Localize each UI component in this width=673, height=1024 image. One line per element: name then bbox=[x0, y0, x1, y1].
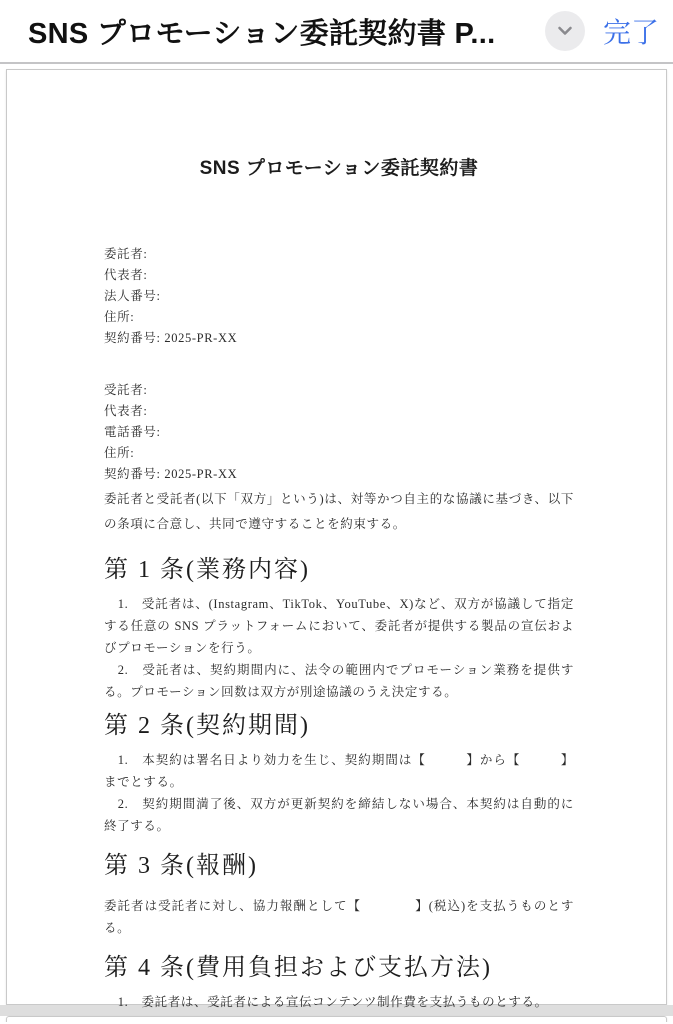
consignee-info-block: 受託者: 代表者: 電話番号: 住所: 契約番号: 2025-PR-XX bbox=[104, 380, 574, 485]
document-preview-screen: SNS プロモーション委託契約書 P... 完了 SNS プロモーション委託契約… bbox=[0, 0, 673, 1024]
document-title: SNS プロモーション委託契約書 bbox=[104, 156, 574, 182]
consignee-address-label: 住所: bbox=[104, 443, 574, 464]
consignee-contract-number: 契約番号: 2025-PR-XX bbox=[104, 464, 574, 485]
article-4-heading: 第 4 条(費用負担および支払方法) bbox=[104, 953, 574, 983]
collapse-button[interactable] bbox=[545, 11, 585, 51]
article-1-item-1: 1. 受託者は、(Instagram、TikTok、YouTube、X)など、双… bbox=[104, 593, 574, 659]
consignee-label: 受託者: bbox=[104, 380, 574, 401]
consignee-phone-label: 電話番号: bbox=[104, 422, 574, 443]
document-page: SNS プロモーション委託契約書 委託者: 代表者: 法人番号: 住所: 契約番… bbox=[6, 69, 667, 1005]
preamble-paragraph: 委託者と受託者(以下「双方」という)は、対等かつ自主的な協議に基づき、以下の条項… bbox=[104, 487, 574, 537]
article-4-item-1: 1. 委託者は、受託者による宣伝コンテンツ制作費を支払うものとする。 bbox=[104, 991, 574, 1013]
consignor-label: 委託者: bbox=[104, 244, 574, 265]
consignor-corporate-number-label: 法人番号: bbox=[104, 286, 574, 307]
document-scroll-area[interactable]: SNS プロモーション委託契約書 委託者: 代表者: 法人番号: 住所: 契約番… bbox=[0, 64, 673, 1022]
consignor-representative-label: 代表者: bbox=[104, 265, 574, 286]
next-page-peek bbox=[6, 1016, 667, 1022]
article-1-heading: 第 1 条(業務内容) bbox=[104, 555, 574, 585]
chevron-down-icon bbox=[554, 20, 576, 42]
document-file-title: SNS プロモーション委託契約書 P... bbox=[28, 11, 529, 52]
article-1-item-2: 2. 受託者は、契約期間内に、法令の範囲内でプロモーション業務を提供する。プロモ… bbox=[104, 659, 574, 703]
article-2-item-2: 2. 契約期間満了後、双方が更新契約を締結しない場合、本契約は自動的に終了する。 bbox=[104, 793, 574, 837]
consignor-info-block: 委託者: 代表者: 法人番号: 住所: 契約番号: 2025-PR-XX bbox=[104, 244, 574, 349]
done-button[interactable]: 完了 bbox=[601, 11, 661, 51]
consignee-representative-label: 代表者: bbox=[104, 401, 574, 422]
consignor-address-label: 住所: bbox=[104, 307, 574, 328]
article-3-heading: 第 3 条(報酬) bbox=[104, 851, 574, 881]
document-viewer-header: SNS プロモーション委託契約書 P... 完了 bbox=[0, 0, 673, 64]
consignor-contract-number: 契約番号: 2025-PR-XX bbox=[104, 328, 574, 349]
article-2-heading: 第 2 条(契約期間) bbox=[104, 711, 574, 741]
article-3-body: 委託者は受託者に対し、協力報酬として【 】(税込)を支払うものとする。 bbox=[104, 895, 574, 939]
article-2-item-1: 1. 本契約は署名日より効力を生じ、契約期間は【 】から【 】までとする。 bbox=[104, 749, 574, 793]
